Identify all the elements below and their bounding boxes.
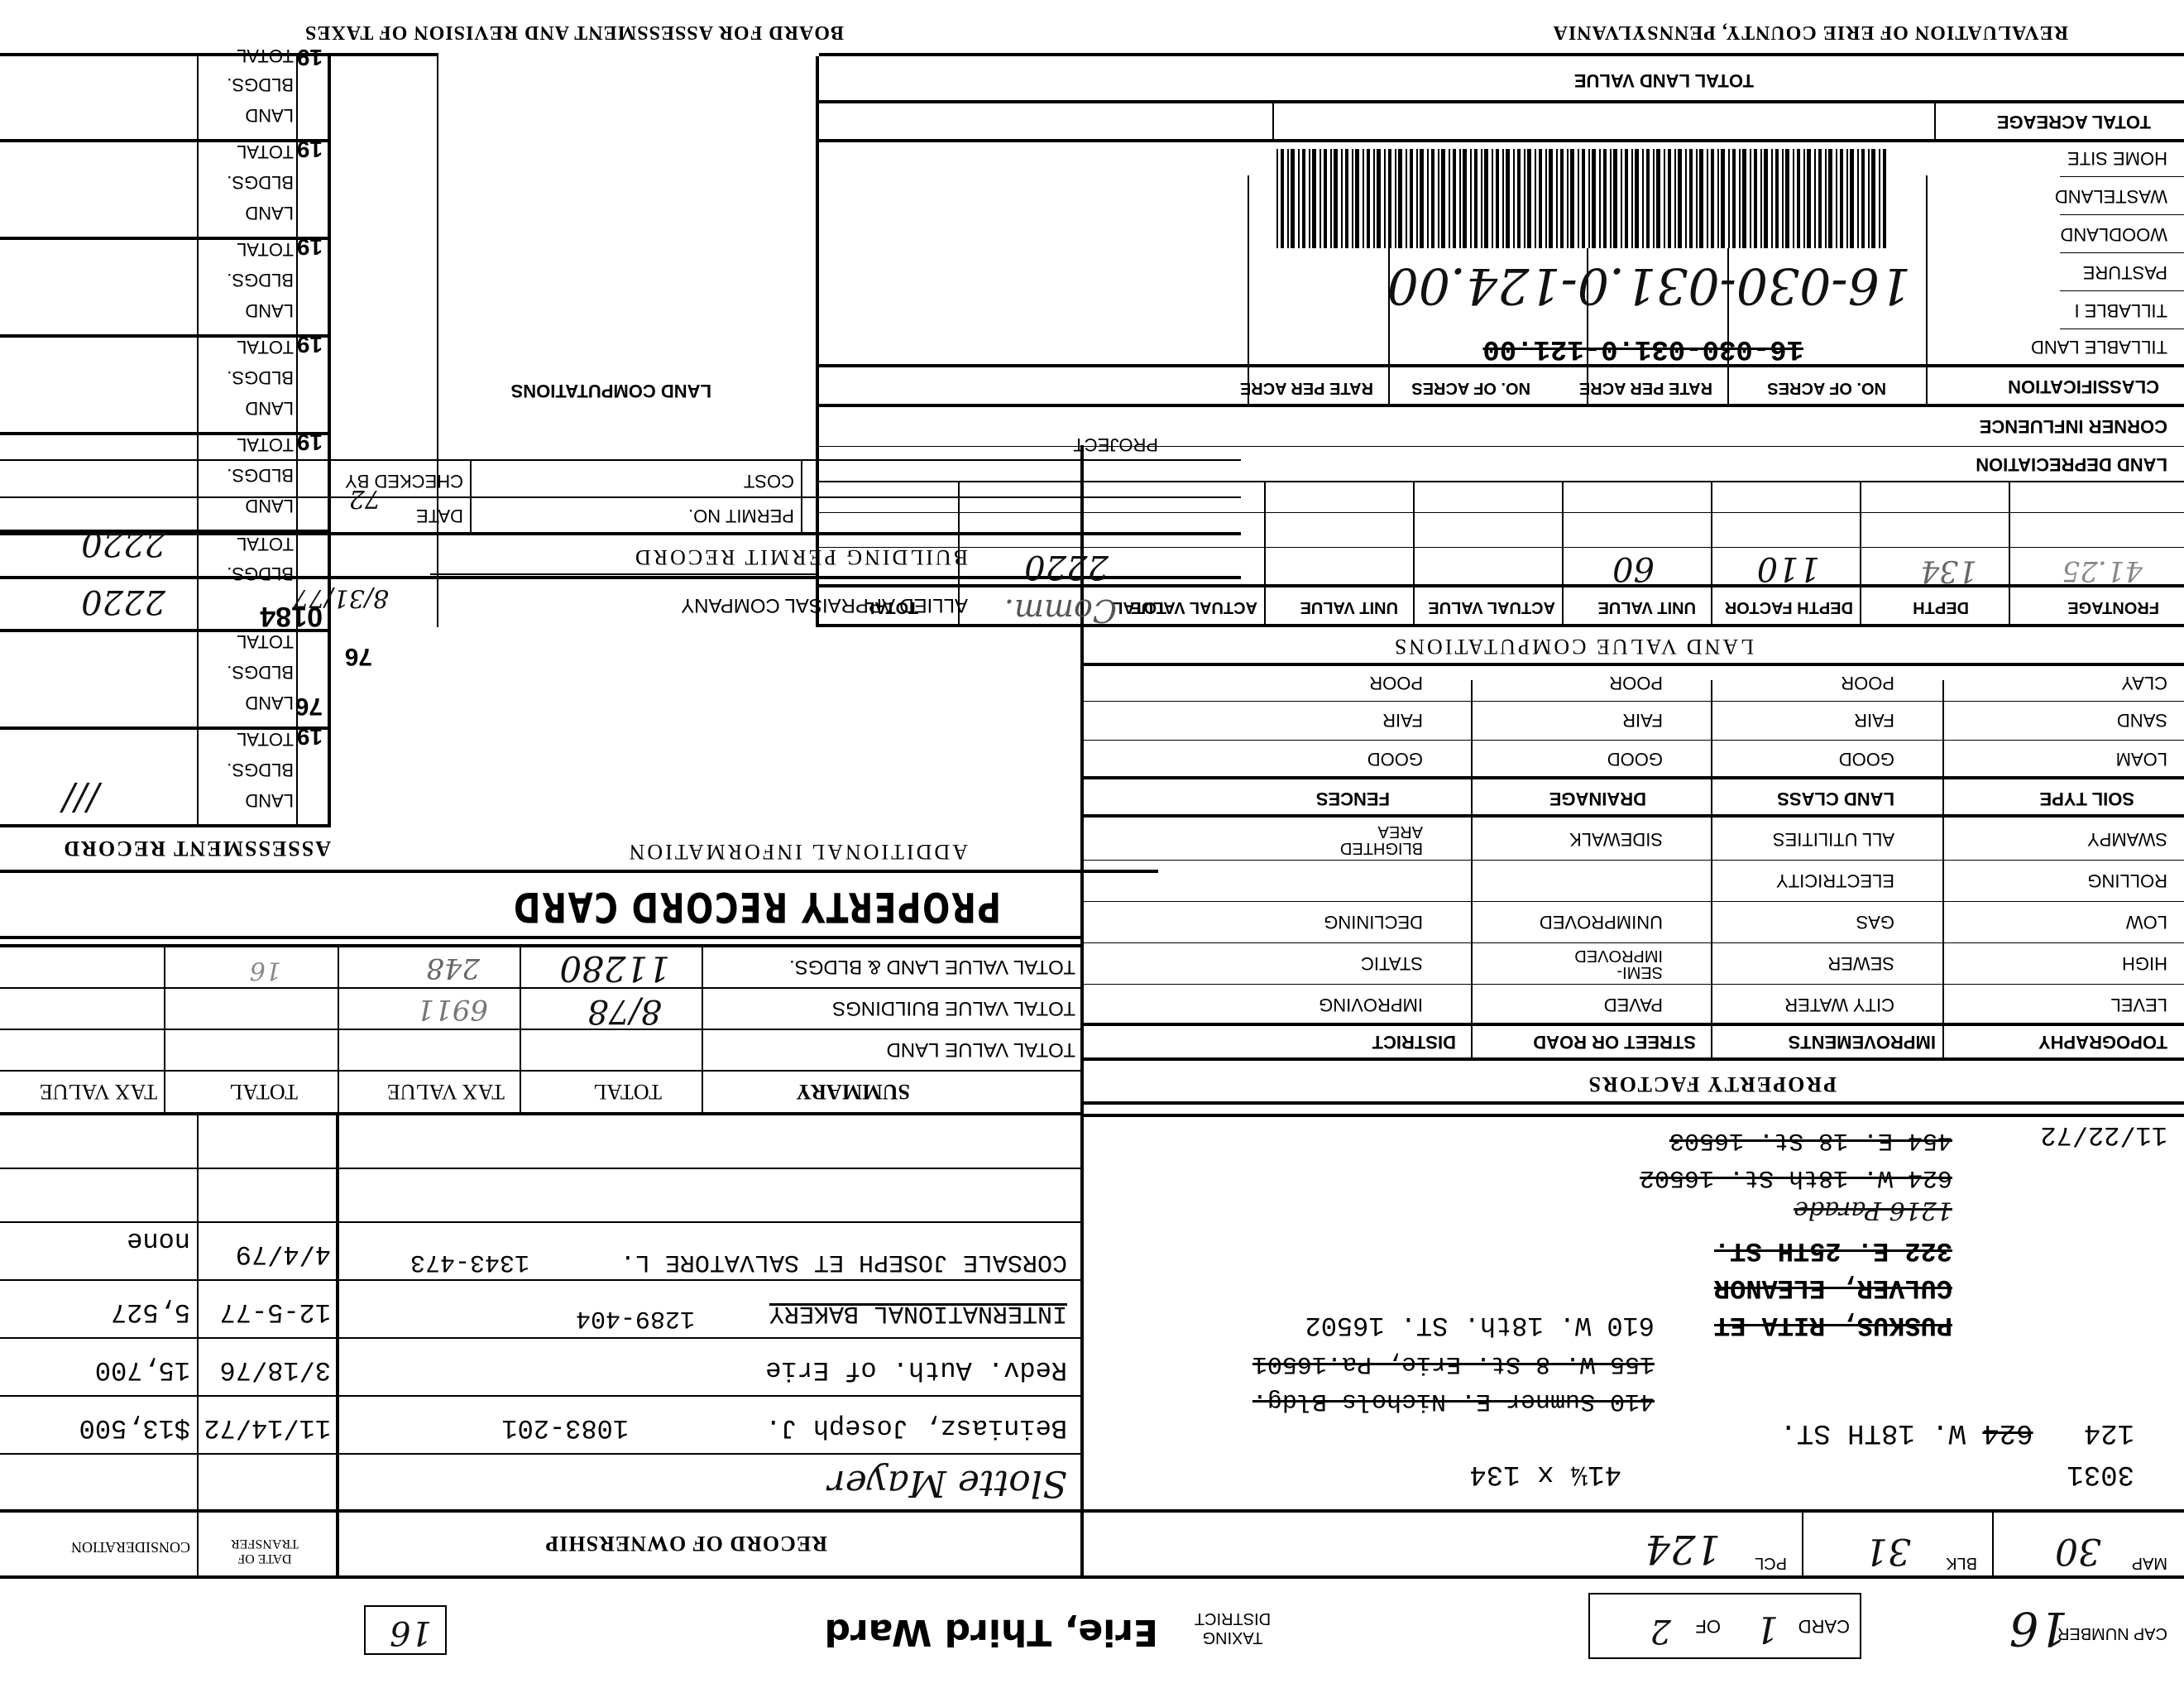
- lv-col-unit-value: UNIT VALUE: [1597, 597, 1696, 616]
- ownership-row-owner: Beiniasz, Joseph J.: [765, 1412, 1067, 1443]
- ownership-row-owner: CORSALE JOSEPH ET SALVATORE L.: [620, 1248, 1067, 1276]
- assess-label-total: TOTAL: [237, 238, 294, 260]
- lv-col-actual-value: ACTUAL VALUE: [1428, 597, 1555, 616]
- lv-col-total-1: TOTAL: [1113, 597, 1166, 616]
- assessment-title: ASSESSMENT RECORD: [62, 836, 331, 861]
- assess-stamp: 76: [345, 642, 372, 670]
- assess-label-land: LAND: [245, 397, 294, 419]
- summary-title: SUMMARY: [796, 1079, 910, 1104]
- factor-item[interactable]: SEWER: [1827, 952, 1894, 974]
- blk-value[interactable]: 31: [1865, 1530, 1911, 1572]
- blk-label: BLK: [1946, 1553, 1977, 1572]
- ownership-row-date: 4/4/79: [236, 1239, 331, 1269]
- ownership-row-book: 1083-201: [501, 1412, 629, 1443]
- assess-label-bldgs: BLDGS.: [227, 759, 294, 780]
- summary-row-label: TOTAL VALUE LAND: [886, 1038, 1075, 1061]
- assess-label-bldgs: BLDGS.: [227, 367, 294, 388]
- assess-label-bldgs: BLDGS.: [227, 661, 294, 683]
- parcel-id-struck: 16-030-031.0-121.00: [1482, 333, 1803, 364]
- factor-item[interactable]: GAS: [1856, 911, 1894, 933]
- factor-item[interactable]: FAIR: [1382, 709, 1423, 731]
- factor-item[interactable]: SWAMPY: [2087, 828, 2167, 850]
- assess-stamp: 8/31/77: [293, 583, 389, 612]
- assess-label-total: TOTAL: [237, 141, 294, 162]
- corner-influence-label: CORNER INFLUENCE: [1980, 415, 2167, 437]
- land-computations-title: LAND COMPUTATIONS: [511, 380, 711, 401]
- summary-row-total[interactable]: 8/78: [587, 992, 662, 1030]
- board-title: BOARD FOR ASSESSMENT AND REVISION OF TAX…: [304, 21, 844, 43]
- owner-addr-struck-1: 322 E. 25TH ST.: [1714, 1235, 1952, 1266]
- factor-item[interactable]: ALL UTILITIES: [1773, 828, 1894, 850]
- factor-item[interactable]: GOOD: [1839, 748, 1894, 770]
- assess-label-total: TOTAL: [237, 434, 294, 455]
- factor-item[interactable]: GOOD: [1367, 748, 1423, 770]
- acreage-row: TILLABLE I: [2074, 300, 2167, 321]
- pcl-label: PCL: [1755, 1553, 1787, 1572]
- ownership-row-date: 11/14/72: [204, 1412, 331, 1443]
- ownership-row-date: 12-5-77: [220, 1297, 331, 1327]
- ownership-col-consideration: CONSIDERATION: [71, 1538, 190, 1556]
- record-card-title: PROPERTY RECORD CARD: [512, 883, 1001, 931]
- lv-depth-value[interactable]: 134: [1920, 554, 1977, 587]
- summary-row-label: TOTAL VALUE BUILDINGS: [832, 996, 1075, 1019]
- ownership-row-consideration: none: [127, 1225, 190, 1256]
- factor-item[interactable]: CLAY: [2121, 672, 2167, 693]
- land-value-title: LAND VALUE COMPUTATIONS: [1392, 634, 1754, 659]
- assess-label-bldgs: BLDGS.: [227, 563, 294, 584]
- factor-item[interactable]: SAND: [2117, 709, 2167, 731]
- factor-header-land-class: LAND CLASS: [1777, 788, 1894, 809]
- factor-header-district: DISTRICT: [1372, 1031, 1456, 1053]
- owner-addr-struck-4: 454 E. 18 St. 16503: [1669, 1126, 1952, 1154]
- lot-size: 41¼ x 134: [1469, 1458, 1621, 1489]
- acreage-row: TILLABLE LAND: [2031, 336, 2167, 357]
- date-label: DATE: [416, 505, 463, 526]
- lv-unit-value[interactable]: 60: [1612, 549, 1655, 587]
- factor-item[interactable]: LOAM: [2116, 748, 2167, 770]
- ownership-title: RECORD OF OWNERSHIP: [544, 1531, 827, 1556]
- factor-item[interactable]: CITY WATER: [1784, 994, 1894, 1015]
- factor-item[interactable]: POOR: [1369, 672, 1423, 693]
- owner-struck-2: CULVER, ELEANOR: [1714, 1273, 1952, 1303]
- cap-number-value[interactable]: 16: [2009, 1601, 2068, 1655]
- summary-row-label: TOTAL VALUE LAND & BLDGS.: [789, 955, 1075, 978]
- total-land-value-label: TOTAL LAND VALUE: [1574, 70, 1754, 91]
- factor-item[interactable]: GOOD: [1607, 748, 1663, 770]
- factor-item[interactable]: BLIGHTED AREA: [1332, 823, 1423, 856]
- property-address: 124 624 W. 18TH ST.: [1780, 1417, 2135, 1448]
- lv-col-total-2: TOTAL: [864, 597, 918, 616]
- of-label: OF: [1695, 1615, 1721, 1637]
- ownership-row-owner: Slotte Mayer: [828, 1462, 1067, 1504]
- mail-addr-current: 610 W. 18th. ST. 16502: [1305, 1310, 1655, 1340]
- lv-col-depth: DEPTH: [1913, 597, 1969, 616]
- summary-col-tax: TAX VALUE: [387, 1079, 505, 1104]
- mail-addr-struck-2: 155 W. 8 St. Erie, Pa.16501: [1252, 1350, 1655, 1378]
- factor-header-drainage: DRAINAGE: [1549, 788, 1646, 809]
- assess-label-land: LAND: [245, 104, 294, 126]
- factor-header-soil: SOIL TYPE: [2039, 788, 2134, 809]
- factor-item[interactable]: LEVEL: [2111, 994, 2168, 1015]
- assess-label-bldgs: BLDGS.: [227, 74, 294, 95]
- map-label: MAP: [2132, 1553, 2167, 1572]
- assess-label-total: TOTAL: [237, 728, 294, 750]
- ownership-row-owner: Redv. Auth. of Erie: [765, 1355, 1067, 1385]
- total-acreage-label: TOTAL ACREAGE: [1997, 111, 2151, 132]
- summary-row-total-2[interactable]: 16: [250, 956, 281, 985]
- acreage-col-rate-2: RATE PER ACRE: [1240, 378, 1373, 397]
- factor-item[interactable]: POOR: [1841, 672, 1894, 693]
- factor-item[interactable]: ROLLING: [2087, 870, 2167, 891]
- acreage-row: HOME SITE: [2067, 147, 2167, 169]
- lot-number: 3031: [2067, 1458, 2134, 1489]
- factor-item[interactable]: STATIC: [1361, 952, 1423, 974]
- ownership-row-date: 3/18/76: [220, 1355, 331, 1385]
- assess-year-prefix: 19: [297, 44, 323, 70]
- owner-addr-struck-3: 624 W. 18th St. 16502: [1640, 1163, 1952, 1192]
- card-label: CARD: [1798, 1615, 1850, 1637]
- factor-item[interactable]: IMPROVING: [1319, 994, 1423, 1015]
- acreage-col-rate: RATE PER ACRE: [1579, 378, 1712, 397]
- assess-mark: ∕∕∕: [63, 777, 99, 819]
- appraisal-company: ALLIED APPRAISAL COMPANY: [681, 593, 968, 616]
- factor-header-improvements: IMPROVEMENTS: [1789, 1031, 1936, 1053]
- project-label: PROJECT: [1073, 434, 1158, 455]
- factor-header-topography: TOPOGRAPHY: [2038, 1031, 2167, 1053]
- summary-row-tax[interactable]: 6911: [416, 993, 488, 1026]
- permit-no-label: PERMIT NO.: [688, 505, 794, 526]
- summary-row-tax[interactable]: 248: [426, 952, 480, 985]
- assess-label-total: TOTAL: [237, 631, 294, 652]
- ownership-row-owner: INTERNATIONAL BAKERY: [769, 1299, 1067, 1327]
- factor-item[interactable]: SIDEWALK: [1569, 828, 1663, 850]
- acreage-col-no-acres: NO. OF ACRES: [1767, 378, 1886, 397]
- factor-item[interactable]: FAIR: [1622, 709, 1663, 731]
- lv-col-depth-factor: DEPTH FACTOR: [1725, 597, 1853, 616]
- factor-item[interactable]: LOW: [2126, 911, 2167, 933]
- cost-label: COST: [744, 470, 794, 492]
- mail-addr-struck-1: 410 Sumner E. Nichols Bldg.: [1252, 1387, 1655, 1415]
- of-value[interactable]: 2: [1650, 1612, 1671, 1650]
- assess-stamp: 72: [349, 484, 381, 513]
- factor-item[interactable]: PAVED: [1604, 994, 1663, 1015]
- acreage-row: WOODLAND: [2060, 223, 2167, 245]
- factor-item[interactable]: DECLINING: [1324, 911, 1423, 933]
- summary-col-total-2: TOTAL: [229, 1079, 298, 1104]
- acreage-col-classification: CLASSIFICATION: [2008, 376, 2159, 397]
- card-value[interactable]: 1: [1755, 1608, 1779, 1650]
- factor-item[interactable]: ELECTRICITY: [1776, 870, 1894, 891]
- acreage-row: WASTELAND: [2055, 185, 2167, 207]
- summary-col-tax-2: TAX VALUE: [40, 1079, 157, 1104]
- owner-struck-1: PUSKUS, RITA ET: [1714, 1310, 1952, 1340]
- assess-label-bldgs: BLDGS.: [227, 464, 294, 486]
- summary-col-total: TOTAL: [593, 1079, 662, 1104]
- lv-col-unit-value-2: UNIT VALUE: [1300, 597, 1398, 616]
- factor-item[interactable]: POOR: [1609, 672, 1663, 693]
- taxing-district-label: TAXING DISTRICT: [1175, 1609, 1291, 1647]
- property-factors-title: PROPERTY FACTORS: [1588, 1072, 1837, 1096]
- county-title: REVALUATION OF ERIE COUNTY, PENNSYLVANIA: [1553, 21, 2068, 43]
- ownership-row-consideration: 5,527: [111, 1297, 190, 1327]
- ownership-row-consideration: $13,500: [79, 1412, 190, 1443]
- land-depreciation-label: LAND DEPRECIATION: [1976, 453, 2167, 475]
- ownership-col-date: DATE OF TRANSFER: [203, 1536, 327, 1566]
- lv-frontage-value[interactable]: 41.25: [2062, 554, 2143, 587]
- additional-info-title: ADDITIONAL INFORMATION: [627, 839, 968, 864]
- assess-label-total: TOTAL: [237, 336, 294, 357]
- ward-box-value: 16: [390, 1614, 432, 1652]
- assess-label-land: LAND: [245, 692, 294, 713]
- building-permit-title: BUILDING PERMIT RECORD: [633, 544, 968, 569]
- pcl-value[interactable]: 124: [1645, 1526, 1721, 1572]
- barcode: [1274, 149, 1886, 248]
- date-stamp: 11/22/72: [2040, 1120, 2167, 1150]
- parcel-id: 16-030-031.0-124.00: [1387, 257, 1911, 314]
- assess-label-bldgs: BLDGS.: [227, 269, 294, 290]
- assess-label-land: LAND: [245, 789, 294, 811]
- acreage-row: PASTURE: [2083, 261, 2167, 283]
- owner-addr-struck-2: 1216 Parade: [1794, 1196, 1952, 1225]
- factor-header-street: STREET OR ROAD: [1533, 1031, 1696, 1053]
- map-value[interactable]: 30: [2055, 1530, 2101, 1572]
- factor-header-fences: FENCES: [1316, 788, 1390, 809]
- assess-label-total: TOTAL: [237, 533, 294, 554]
- factor-item[interactable]: HIGH: [2122, 952, 2167, 974]
- ownership-row-book: 1343-473: [410, 1248, 529, 1276]
- acreage-col-no-acres-2: NO. OF ACRES: [1411, 378, 1530, 397]
- factor-item[interactable]: SEMI-IMPROVED: [1564, 947, 1663, 981]
- lv-col-frontage: FRONTAGE: [2067, 597, 2159, 616]
- assess-label-land: LAND: [245, 202, 294, 223]
- ownership-row-book: 1289-404: [576, 1304, 695, 1332]
- assess-label-land: LAND: [245, 300, 294, 321]
- lv-total-value[interactable]: 2220: [1024, 548, 1109, 586]
- assess-label-land: LAND: [245, 495, 294, 516]
- property-record-card: REVALUATION OF ERIE COUNTY, PENNSYLVANIA…: [0, 0, 2184, 1688]
- ownership-row-consideration: 15,700: [95, 1355, 190, 1385]
- taxing-district-value: Erie, Third Ward: [825, 1611, 1159, 1653]
- lv-depth-factor-value[interactable]: 110: [1757, 549, 1820, 587]
- cap-number-label: CAP NUMBER: [2057, 1624, 2167, 1642]
- summary-row-total[interactable]: 11280: [559, 948, 670, 989]
- factor-item[interactable]: FAIR: [1854, 709, 1894, 731]
- assess-land[interactable]: 2220: [81, 583, 165, 621]
- assess-year: 76: [295, 692, 323, 720]
- factor-item[interactable]: UNIMPROVED: [1540, 911, 1663, 933]
- assess-label-bldgs: BLDGS.: [227, 171, 294, 193]
